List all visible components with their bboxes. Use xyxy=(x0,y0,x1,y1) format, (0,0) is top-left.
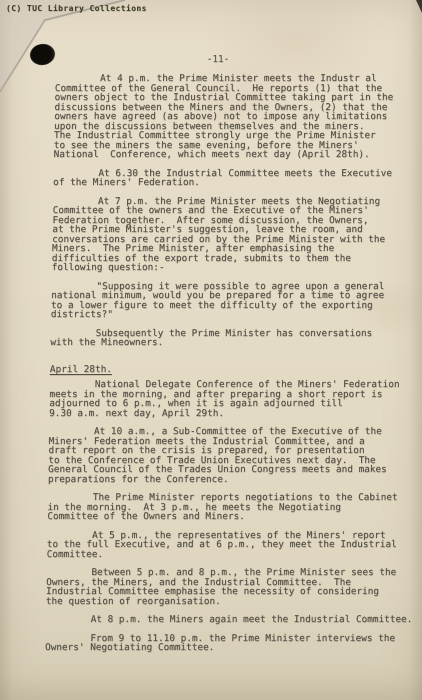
paragraph: At 4 p.m. the Prime Minister meets the I… xyxy=(54,74,422,160)
paragraph: The Prime Minister reports negotiations … xyxy=(47,493,419,522)
scanned-document-page: (C) TUC Library Collections -11- At 4 p.… xyxy=(0,0,422,700)
paragraph: At 5 p.m., the representatives of the Mi… xyxy=(47,531,419,560)
paragraph: At 6.30 the Industrial Committee meets t… xyxy=(53,169,422,188)
paragraph: National Delegate Conference of the Mine… xyxy=(49,380,422,418)
paragraph: At 10 a.m., a Sub-Committee of the Execu… xyxy=(48,427,421,484)
typewritten-content: At 4 p.m. the Prime Minister meets the I… xyxy=(45,74,422,662)
page-number: -11- xyxy=(14,54,422,65)
heading-row: April 28th. xyxy=(50,357,422,381)
corner-shadow-sliver xyxy=(416,0,422,13)
paragraph: Between 5 p.m. and 8 p.m., the Prime Min… xyxy=(46,568,419,606)
paragraph: From 9 to 11.10 p.m. the Prime Minister … xyxy=(45,634,417,653)
paragraph: At 8 p.m. the Miners again meet the Indu… xyxy=(45,615,417,625)
section-date-heading: April 28th. xyxy=(50,365,116,375)
paragraph: At 7 p.m. the Prime Minister meets the N… xyxy=(52,197,422,273)
quoted-question-paragraph: "Supposing it were possible to agree upo… xyxy=(51,282,422,320)
paragraph: Subsequently the Prime Minister has conv… xyxy=(50,329,422,348)
library-watermark: (C) TUC Library Collections xyxy=(6,4,147,13)
